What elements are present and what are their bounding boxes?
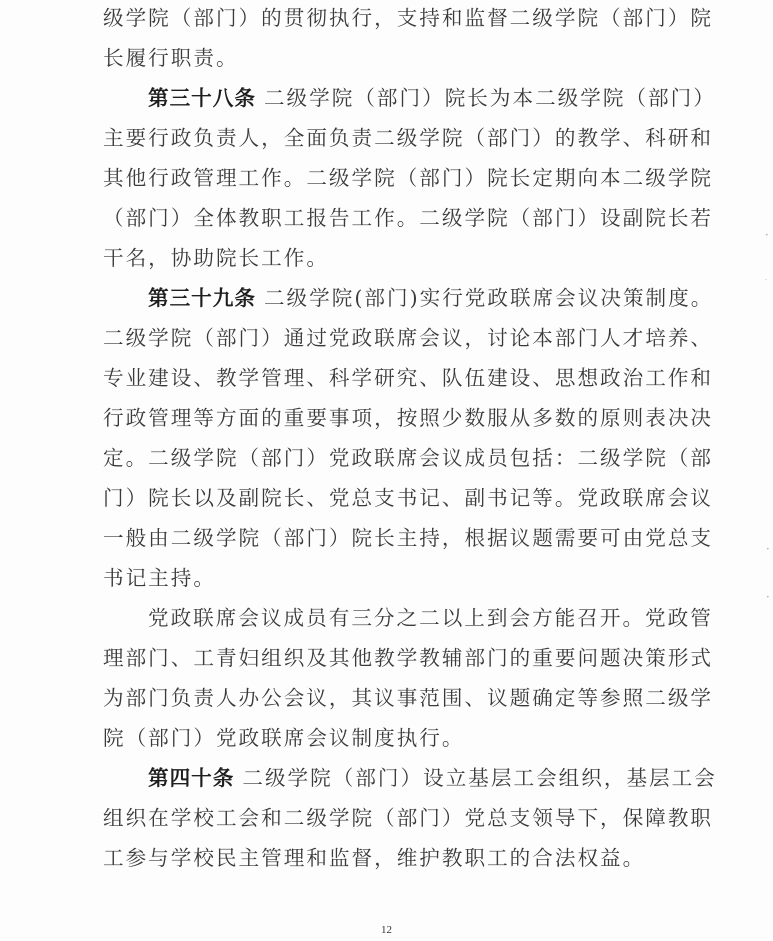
article-number: 第三十八条 [148,86,256,110]
page-number: 12 [0,924,773,936]
document-page: 级学院（部门）的贯彻执行，支持和监督二级学院（部门）院 长履行职责。 第三十八条… [0,0,773,941]
text-line: 专业建设、教学管理、科学研究、队伍建设、思想政治工作和 [103,358,693,398]
scan-artifact-mark: • [766,546,770,553]
text-line: 理部门、工青妇组织及其他教学教辅部门的重要问题决策形式 [103,638,693,678]
paragraph-first-line: 党政联席会议成员有三分之二以上到会方能召开。党政管 [103,598,693,638]
text-line: 院（部门）党政联席会议制度执行。 [103,718,693,758]
text-line: 定。二级学院（部门）党政联席会议成员包括：二级学院（部 [103,438,693,478]
scan-artifact-mark: - [765,276,767,283]
text-line: 组织在学校工会和二级学院（部门）党总支领导下，保障教职 [103,798,693,838]
text-line: 书记主持。 [103,558,693,598]
text-line: 一般由二级学院（部门）院长主持，根据议题需要可由党总支 [103,518,693,558]
text-line: 工参与学校民主管理和监督，维护教职工的合法权益。 [103,838,693,878]
text-line: 二级学院(部门)实行党政联席会议决策制度。 [264,286,713,310]
scan-artifact-mark: • [765,232,769,239]
text-line: 长履行职责。 [103,38,693,78]
text-line: 为部门负责人办公会议，其议事范围、议题确定等参照二级学 [103,678,693,718]
body-text: 级学院（部门）的贯彻执行，支持和监督二级学院（部门）院 长履行职责。 第三十八条… [103,0,693,878]
text-line: 二级学院（部门）设立基层工会组织，基层工会 [242,766,716,790]
text-line: 门）院长以及副院长、党总支书记、副书记等。党政联席会议 [103,478,693,518]
article-39-heading-line: 第三十九条二级学院(部门)实行党政联席会议决策制度。 [103,278,693,318]
text-line: 行政管理等方面的重要事项，按照少数服从多数的原则表决决 [103,398,693,438]
scan-artifact-mark: • [766,594,770,601]
text-line: 二级学院（部门）院长为本二级学院（部门） [264,86,716,110]
article-number: 第三十九条 [148,286,256,310]
article-40-heading-line: 第四十条二级学院（部门）设立基层工会组织，基层工会 [103,758,693,798]
article-38-heading-line: 第三十八条二级学院（部门）院长为本二级学院（部门） [103,78,693,118]
text-line: 级学院（部门）的贯彻执行，支持和监督二级学院（部门）院 [103,0,693,38]
text-line: 干名，协助院长工作。 [103,238,693,278]
text-line: 二级学院（部门）通过党政联席会议，讨论本部门人才培养、 [103,318,693,358]
article-number: 第四十条 [148,766,234,790]
text-line: （部门）全体教职工报告工作。二级学院（部门）设副院长若 [103,198,693,238]
text-line: 其他行政管理工作。二级学院（部门）院长定期向本二级学院 [103,158,693,198]
text-line: 主要行政负责人，全面负责二级学院（部门）的教学、科研和 [103,118,693,158]
